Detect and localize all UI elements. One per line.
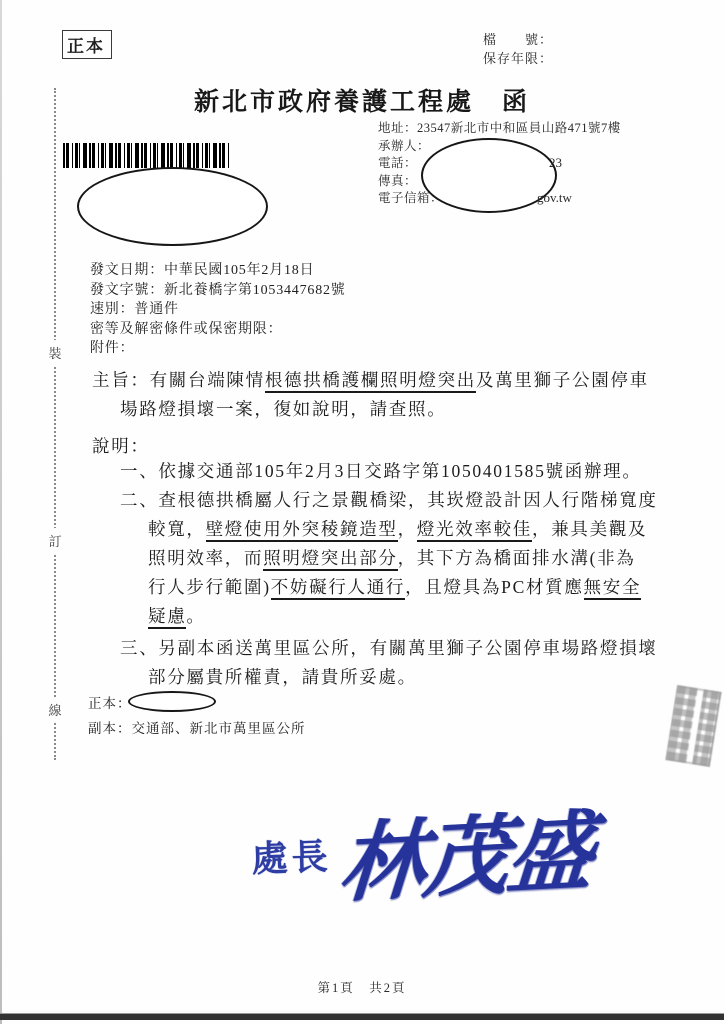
binding-dotted-line xyxy=(54,88,56,760)
file-number-label: 檔 號： xyxy=(483,30,553,49)
underlined-text: 根德拱橋護欄照明燈突出 xyxy=(265,370,476,393)
email-visible-fragment: gov.tw xyxy=(537,190,572,206)
subject-line-1: 主旨：有關台端陳情根德拱橋護欄照明燈突出及萬里獅子公園停車 xyxy=(92,366,658,395)
page-number: 第1頁 共2頁 xyxy=(0,978,724,996)
redaction-ellipse-original-recipient xyxy=(128,691,216,712)
description-item-3-line-1: 三、另副本函送萬里區公所，有關萬里獅子公園停車場路燈損壞 xyxy=(92,634,658,663)
scanned-letter-page: 正本 檔 號： 保存年限： 新北市政府養護工程處 函 地址：23547新北市中和… xyxy=(0,0,724,1024)
issue-date-line: 發文日期：中華民國105年2月18日 xyxy=(90,261,346,281)
document-meta-block: 發文日期：中華民國105年2月18日 發文字號：新北養橋字第1053447682… xyxy=(90,261,346,359)
underlined-text: 壁燈使用外突稜鏡造型 xyxy=(206,519,398,542)
underlined-text: 疑慮 xyxy=(148,606,186,629)
underlined-text: 無安全 xyxy=(584,577,642,600)
redaction-ellipse-recipient xyxy=(77,167,268,246)
text: 照明效率，而 xyxy=(148,548,263,568)
director-signature: 林茂盛 xyxy=(336,781,596,919)
underlined-text: 燈光效率較佳 xyxy=(417,519,532,542)
description-item-2-line-5: 疑慮。 xyxy=(92,602,658,631)
copy-type-label: 正本 xyxy=(67,32,105,57)
text: 及萬里獅子公園停車 xyxy=(476,370,649,390)
security-line: 密等及解密條件或保密期限： xyxy=(90,320,346,340)
text: ，兼具美觀及 xyxy=(532,519,647,539)
document-body: 主旨：有關台端陳情根德拱橋護欄照明燈突出及萬里獅子公園停車 場路燈損壞一案，復如… xyxy=(92,366,658,692)
retention-period-label: 保存年限： xyxy=(483,49,553,68)
text: ，且燈具為PC材質應 xyxy=(405,577,583,597)
text: 三、另副本函送萬里區公所，有關萬里獅子公園停車場路燈損壞 xyxy=(120,638,658,658)
binding-mark-ding: 訂 xyxy=(47,528,63,553)
description-item-2-line-2: 較寬，壁燈使用外突稜鏡造型，燈光效率較佳，兼具美觀及 xyxy=(92,515,658,544)
address-line: 地址：23547新北市中和區員山路471號7樓 xyxy=(378,120,621,138)
faint-seal xyxy=(665,685,721,767)
text: 較寬， xyxy=(148,519,206,539)
description-item-1: 一、依據交通部105年2月3日交路字第1050401585號函辦理。 xyxy=(92,457,658,486)
description-item-2-line-1: 二、查根德拱橋屬人行之景觀橋梁，其崁燈設計因人行階梯寬度 xyxy=(92,486,658,515)
phone-visible-fragment: 23 xyxy=(549,155,562,171)
text: ，其下方為橋面排水溝(非為 xyxy=(398,548,636,568)
description-item-2-line-3: 照明效率，而照明燈突出部分，其下方為橋面排水溝(非為 xyxy=(92,544,658,573)
description-item-2-line-4: 行人步行範圍)不妨礙行人通行，且燈具為PC材質應無安全 xyxy=(92,573,658,602)
binding-mark-xian: 線 xyxy=(47,697,63,722)
text: 場路燈損壞一案，復如說明，請查照。 xyxy=(120,399,446,419)
speed-line: 速別：普通件 xyxy=(90,300,346,320)
underlined-text: 照明燈突出部分 xyxy=(263,548,397,571)
text: 主旨：有關台端陳情 xyxy=(92,370,265,390)
text: 。 xyxy=(186,606,205,626)
binding-mark-zhuang: 裝 xyxy=(47,340,63,365)
text: 說明： xyxy=(92,436,150,456)
underlined-text: 不妨礙行人通行 xyxy=(271,577,405,600)
text: 部分屬貴所權責，請貴所妥處。 xyxy=(148,667,417,687)
file-number-block: 檔 號： 保存年限： xyxy=(483,30,553,68)
doc-number-line: 發文字號：新北養橋字第1053447682號 xyxy=(90,281,346,301)
director-title-stamp: 處長 xyxy=(251,829,333,883)
barcode xyxy=(63,143,229,168)
description-item-3-line-2: 部分屬貴所權責，請貴所妥處。 xyxy=(92,663,658,692)
subject-line-2: 場路燈損壞一案，復如說明，請查照。 xyxy=(92,395,658,424)
scan-edge-bottom-artifact xyxy=(0,1014,724,1020)
scan-edge-left-artifact xyxy=(0,0,2,1024)
text: 行人步行範圍) xyxy=(148,577,271,597)
text: ， xyxy=(398,519,417,539)
copy-type-box: 正本 xyxy=(62,30,112,59)
agency-title: 新北市政府養護工程處 函 xyxy=(0,82,724,118)
cc-recipient-line: 副本：交通部、新北市萬里區公所 xyxy=(88,717,306,742)
text: 一、依據交通部105年2月3日交路字第1050401585號函辦理。 xyxy=(120,461,642,481)
attachment-line: 附件： xyxy=(90,339,346,359)
text: 二、查根德拱橋屬人行之景觀橋梁，其崁燈設計因人行階梯寬度 xyxy=(120,490,658,510)
signature-stamp: 處長 林茂盛 xyxy=(250,788,592,912)
